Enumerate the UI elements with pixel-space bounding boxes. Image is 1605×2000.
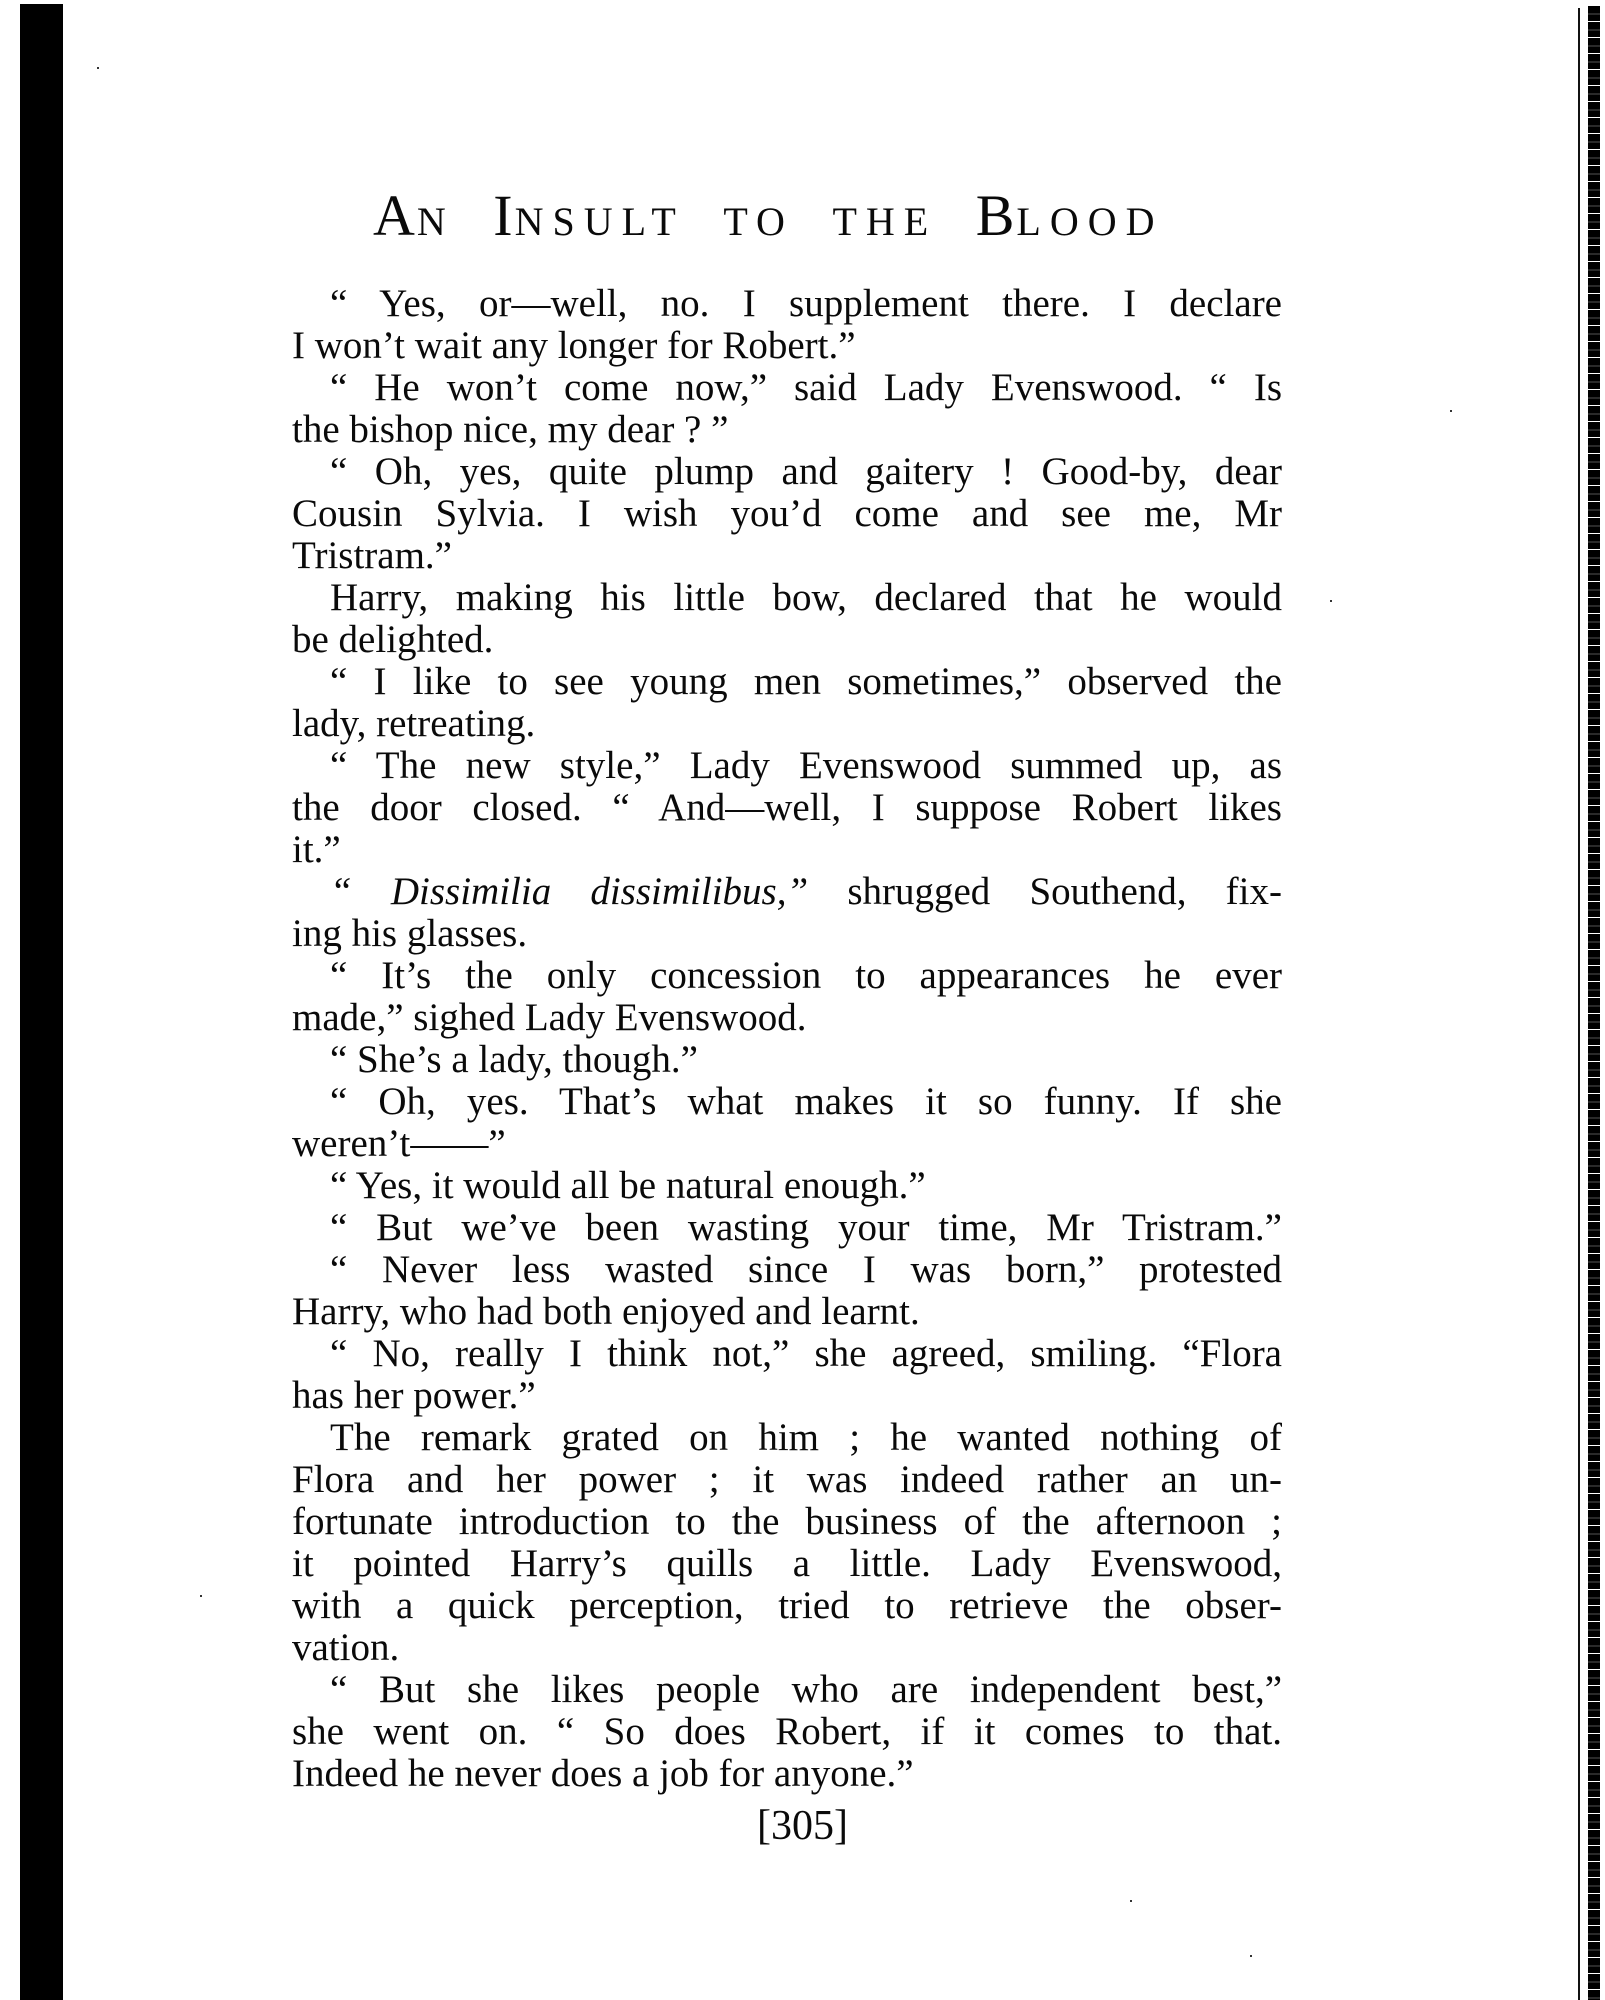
page-edge-line <box>1578 8 1580 2000</box>
text-line: vation. <box>292 1627 1282 1669</box>
text-line: “ Never less wasted since I was born,” p… <box>292 1249 1282 1291</box>
text-line: the bishop nice, my dear ? ” <box>292 409 1282 451</box>
text-line: she went on. “ So does Robert, if it com… <box>292 1711 1282 1753</box>
line-text: with a quick perception, tried to retrie… <box>292 1584 1282 1627</box>
scan-speck <box>97 67 99 69</box>
title-initial: I <box>493 183 514 248</box>
title-smallcaps: TO <box>723 199 794 244</box>
line-text: The remark grated on him ; he wanted not… <box>330 1416 1282 1459</box>
page-number: [305] <box>755 1803 850 1849</box>
text-line: ing his glasses. <box>292 913 1282 955</box>
title-initial: A <box>373 183 417 248</box>
body-text: “ Yes, or—well, no. I supplement there. … <box>292 283 1282 1795</box>
text-line: with a quick perception, tried to retrie… <box>292 1585 1282 1627</box>
text-line: “ It’s the only concession to appearance… <box>292 955 1282 997</box>
title-word: BLOOD <box>976 183 1164 248</box>
title-word: INSULT <box>493 183 685 248</box>
text-line: “ She’s a lady, though.” <box>292 1039 1282 1081</box>
scan-speck <box>1260 1090 1262 1092</box>
line-text: shrugged Southend, fix- <box>808 870 1282 913</box>
text-line: the door closed. “ And—well, I suppose R… <box>292 787 1282 829</box>
line-text: she went on. “ So does Robert, if it com… <box>292 1710 1282 1753</box>
text-line: it.” <box>292 829 1282 871</box>
line-text: the bishop nice, my dear ? ” <box>292 408 728 451</box>
text-line: made,” sighed Lady Evenswood. <box>292 997 1282 1039</box>
text-line: “ The new style,” Lady Evenswood summed … <box>292 745 1282 787</box>
line-text: Indeed he never does a job for anyone.” <box>292 1752 914 1795</box>
text-line: The remark grated on him ; he wanted not… <box>292 1417 1282 1459</box>
text-line: fortunate introduction to the business o… <box>292 1501 1282 1543</box>
text-line: “ But she likes people who are independe… <box>292 1669 1282 1711</box>
text-line: “ He won’t come now,” said Lady Evenswoo… <box>292 367 1282 409</box>
line-text: lady, retreating. <box>292 702 535 745</box>
line-text: Harry, who had both enjoyed and learnt. <box>292 1290 920 1333</box>
line-text: it.” <box>292 828 341 871</box>
text-line: Harry, who had both enjoyed and learnt. <box>292 1291 1282 1333</box>
running-title: AN INSULT TO THE BLOOD <box>373 183 1203 255</box>
title-word: THE <box>832 183 937 248</box>
line-text: be delighted. <box>292 618 493 661</box>
text-line: “ Oh, yes. That’s what makes it so funny… <box>292 1081 1282 1123</box>
line-text: I won’t wait any longer for Robert.” <box>292 324 856 367</box>
title-smallcaps: LOOD <box>1016 199 1163 244</box>
text-line: Flora and her power ; it was indeed rath… <box>292 1459 1282 1501</box>
line-text: Tristram.” <box>292 534 452 577</box>
text-line: “ No, really I think not,” she agreed, s… <box>292 1333 1282 1375</box>
italic-phrase: “ Dissimilia dissimilibus,” <box>330 870 808 913</box>
title-smallcaps: THE <box>832 199 937 244</box>
line-text: made,” sighed Lady Evenswood. <box>292 996 806 1039</box>
line-text: “ Yes, or—well, no. I supplement there. … <box>330 282 1282 325</box>
line-text: fortunate introduction to the business o… <box>292 1500 1282 1543</box>
line-text: “ She’s a lady, though.” <box>330 1038 698 1081</box>
text-line: Cousin Sylvia. I wish you’d come and see… <box>292 493 1282 535</box>
text-line: I won’t wait any longer for Robert.” <box>292 325 1282 367</box>
scan-speck <box>1250 1955 1252 1957</box>
text-line: “ Dissimilia dissimilibus,” shrugged Sou… <box>292 871 1282 913</box>
scan-speck <box>200 1595 202 1597</box>
text-line: weren’t——” <box>292 1123 1282 1165</box>
line-text: “ It’s the only concession to appearance… <box>330 954 1282 997</box>
page-edge-shadow <box>1588 6 1600 2000</box>
line-text: vation. <box>292 1626 399 1669</box>
line-text: “ Never less wasted since I was born,” p… <box>330 1248 1282 1291</box>
line-text: weren’t——” <box>292 1122 506 1165</box>
text-line: be delighted. <box>292 619 1282 661</box>
text-line: has her power.” <box>292 1375 1282 1417</box>
text-line: lady, retreating. <box>292 703 1282 745</box>
line-text: has her power.” <box>292 1374 536 1417</box>
text-line: “ Yes, it would all be natural enough.” <box>292 1165 1282 1207</box>
scan-speck <box>1130 1900 1132 1902</box>
text-line: “ Yes, or—well, no. I supplement there. … <box>292 283 1282 325</box>
scan-binding-shadow <box>20 4 63 2000</box>
text-line: Indeed he never does a job for anyone.” <box>292 1753 1282 1795</box>
text-line: it pointed Harry’s quills a little. Lady… <box>292 1543 1282 1585</box>
line-text: “ He won’t come now,” said Lady Evenswoo… <box>330 366 1282 409</box>
line-text: “ Oh, yes. That’s what makes it so funny… <box>330 1080 1282 1123</box>
line-text: “ Oh, yes, quite plump and gaitery ! Goo… <box>330 450 1282 493</box>
line-text: Cousin Sylvia. I wish you’d come and see… <box>292 492 1282 535</box>
line-text: Harry, making his little bow, declared t… <box>330 576 1282 619</box>
title-word: AN <box>373 183 455 248</box>
text-line: “ I like to see young men sometimes,” ob… <box>292 661 1282 703</box>
line-text: “ Yes, it would all be natural enough.” <box>330 1164 926 1207</box>
line-text: “ No, really I think not,” she agreed, s… <box>330 1332 1282 1375</box>
line-text: “ I like to see young men sometimes,” ob… <box>330 660 1282 703</box>
line-text: “ The new style,” Lady Evenswood summed … <box>330 744 1282 787</box>
line-text: “ But we’ve been wasting your time, Mr T… <box>330 1206 1282 1249</box>
title-initial: B <box>976 183 1017 248</box>
text-line: “ But we’ve been wasting your time, Mr T… <box>292 1207 1282 1249</box>
line-text: the door closed. “ And—well, I suppose R… <box>292 786 1282 829</box>
text-line: “ Oh, yes, quite plump and gaitery ! Goo… <box>292 451 1282 493</box>
line-text: it pointed Harry’s quills a little. Lady… <box>292 1542 1282 1585</box>
scan-speck <box>1330 600 1332 602</box>
text-line: Tristram.” <box>292 535 1282 577</box>
text-line: Harry, making his little bow, declared t… <box>292 577 1282 619</box>
title-word: TO <box>723 183 794 248</box>
line-text: Flora and her power ; it was indeed rath… <box>292 1458 1282 1501</box>
title-smallcaps: NSULT <box>515 199 685 244</box>
line-text: ing his glasses. <box>292 912 527 955</box>
title-smallcaps: N <box>417 199 455 244</box>
line-text: “ But she likes people who are independe… <box>330 1668 1282 1711</box>
scan-speck <box>1450 410 1452 412</box>
